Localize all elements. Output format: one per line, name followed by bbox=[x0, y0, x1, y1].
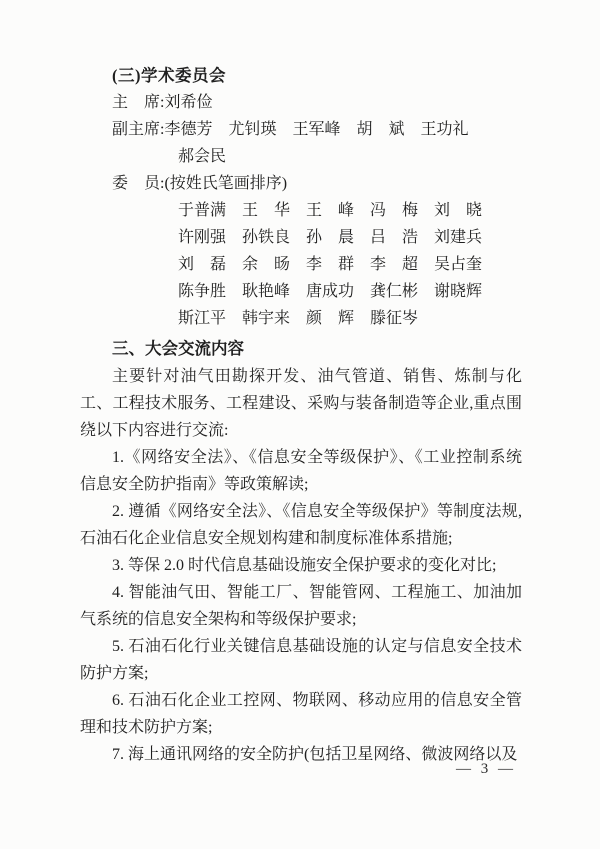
role-label-members: 委 员: bbox=[112, 175, 164, 192]
committee-heading: (三)学术委员会 bbox=[80, 62, 522, 89]
role-line-vice-chairman-continued: 郝会民 bbox=[80, 143, 522, 170]
role-label-chairman: 主 席: bbox=[112, 94, 164, 111]
member-row: 斯江平 韩宇来 颜 辉 滕征岑 bbox=[80, 305, 522, 332]
list-item-4: 4. 智能油气田、智能工厂、智能管网、工程施工、加油加气系统的信息安全架构和等级… bbox=[80, 579, 522, 633]
list-item-3: 3. 等保 2.0 时代信息基础设施安全保护要求的变化对比; bbox=[80, 552, 522, 579]
role-line-members: 委 员:(按姓氏笔画排序) bbox=[80, 170, 522, 197]
list-item-1: 1.《网络安全法》、《信息安全等级保护》、《工业控制系统信息安全防护指南》等政策… bbox=[80, 444, 522, 498]
section-heading-exchange-content: 三、大会交流内容 bbox=[80, 336, 522, 363]
role-members-sort-note: (按姓氏笔画排序) bbox=[164, 175, 287, 192]
role-line-chairman: 主 席:刘希俭 bbox=[80, 89, 522, 116]
page-number: — 3 — bbox=[456, 756, 516, 783]
role-value-vice-chairman-continued: 郝会民 bbox=[178, 148, 226, 165]
list-item-2: 2. 遵循《网络安全法》、《信息安全等级保护》等制度法规,石油石化企业信息安全规… bbox=[80, 498, 522, 552]
member-row: 刘 磊 余 旸 李 群 李 超 吴占奎 bbox=[80, 251, 522, 278]
role-value-chairman: 刘希俭 bbox=[164, 94, 212, 111]
document-body: (三)学术委员会 主 席:刘希俭 副主席:李德芳 尤钊瑛 王军峰 胡 斌 王功礼… bbox=[80, 62, 522, 768]
document-page: (三)学术委员会 主 席:刘希俭 副主席:李德芳 尤钊瑛 王军峰 胡 斌 王功礼… bbox=[0, 0, 600, 849]
list-item-6: 6. 石油石化企业工控网、物联网、移动应用的信息安全管理和技术防护方案; bbox=[80, 687, 522, 741]
member-row: 于普满 王 华 王 峰 冯 梅 刘 晓 bbox=[80, 197, 522, 224]
list-item-5: 5. 石油石化行业关键信息基础设施的认定与信息安全技术防护方案; bbox=[80, 633, 522, 687]
role-label-vice-chairman: 副主席: bbox=[112, 121, 164, 138]
member-row: 陈争胜 耿艳峰 唐成功 龚仁彬 谢晓辉 bbox=[80, 278, 522, 305]
role-line-vice-chairman: 副主席:李德芳 尤钊瑛 王军峰 胡 斌 王功礼 bbox=[80, 116, 522, 143]
member-row: 许刚强 孙铁良 孙 晨 吕 浩 刘建兵 bbox=[80, 224, 522, 251]
role-value-vice-chairman: 李德芳 尤钊瑛 王军峰 胡 斌 王功礼 bbox=[164, 121, 468, 138]
section-intro-paragraph: 主要针对油气田勘探开发、油气管道、销售、炼制与化工、工程技术服务、工程建设、采购… bbox=[80, 363, 522, 444]
